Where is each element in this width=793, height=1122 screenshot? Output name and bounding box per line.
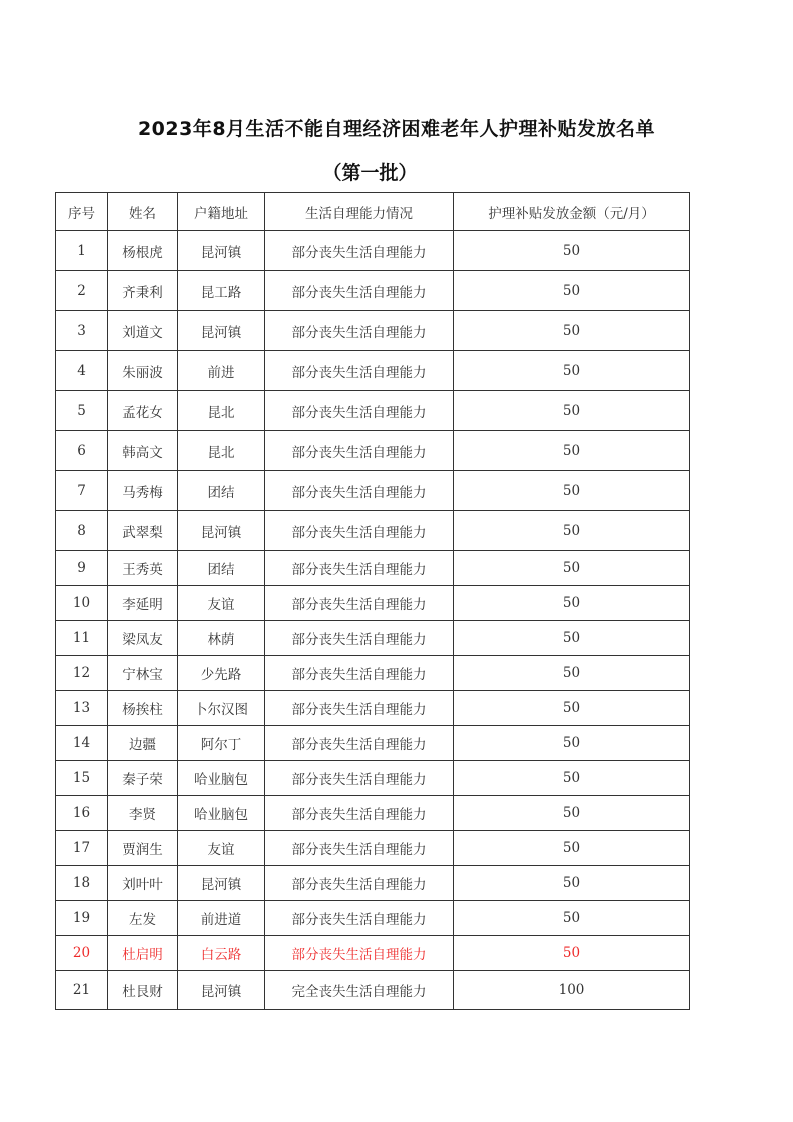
table-row: 7马秀梅团结部分丧失生活自理能力50 [56,471,690,511]
cell-address: 阿尔丁 [178,726,265,761]
cell-name: 王秀英 [108,551,178,586]
cell-ability: 部分丧失生活自理能力 [265,936,454,971]
cell-amount: 50 [454,691,690,726]
cell-ability: 部分丧失生活自理能力 [265,726,454,761]
cell-amount: 50 [454,621,690,656]
cell-name: 杜启明 [108,936,178,971]
cell-address: 昆北 [178,391,265,431]
document-subtitle: （第一批） [0,158,740,185]
cell-name: 边疆 [108,726,178,761]
cell-ability: 部分丧失生活自理能力 [265,351,454,391]
cell-amount: 50 [454,351,690,391]
cell-address: 昆河镇 [178,866,265,901]
cell-ability: 部分丧失生活自理能力 [265,311,454,351]
cell-amount: 50 [454,796,690,831]
cell-name: 秦子荣 [108,761,178,796]
cell-name: 韩高文 [108,431,178,471]
cell-ability: 部分丧失生活自理能力 [265,271,454,311]
table-row: 18刘叶叶昆河镇部分丧失生活自理能力50 [56,866,690,901]
cell-amount: 50 [454,471,690,511]
table-row: 3刘道文昆河镇部分丧失生活自理能力50 [56,311,690,351]
cell-amount: 50 [454,271,690,311]
cell-name: 杨挨柱 [108,691,178,726]
cell-address: 林荫 [178,621,265,656]
cell-address: 前进 [178,351,265,391]
cell-no: 10 [56,586,108,621]
cell-address: 哈业脑包 [178,796,265,831]
cell-ability: 部分丧失生活自理能力 [265,796,454,831]
cell-amount: 50 [454,936,690,971]
cell-name: 宁林宝 [108,656,178,691]
table-row: 4朱丽波前进部分丧失生活自理能力50 [56,351,690,391]
table-row: 16李贤哈业脑包部分丧失生活自理能力50 [56,796,690,831]
cell-amount: 50 [454,311,690,351]
cell-address: 前进道 [178,901,265,936]
cell-no: 12 [56,656,108,691]
cell-name: 刘道文 [108,311,178,351]
cell-address: 昆河镇 [178,231,265,271]
cell-ability: 部分丧失生活自理能力 [265,391,454,431]
cell-ability: 部分丧失生活自理能力 [265,511,454,551]
table-row: 10李延明友谊部分丧失生活自理能力50 [56,586,690,621]
subsidy-table: 序号 姓名 户籍地址 生活自理能力情况 护理补贴发放金额（元/月） 1杨根虎昆河… [55,192,690,1010]
cell-address: 昆河镇 [178,311,265,351]
table-row: 19左发前进道部分丧失生活自理能力50 [56,901,690,936]
cell-ability: 部分丧失生活自理能力 [265,901,454,936]
document-title: 2023年8月生活不能自理经济困难老年人护理补贴发放名单 [0,114,793,141]
table-row: 13杨挨柱卜尔汉图部分丧失生活自理能力50 [56,691,690,726]
table-row: 21杜艮财昆河镇完全丧失生活自理能力100 [56,971,690,1010]
cell-no: 14 [56,726,108,761]
cell-no: 17 [56,831,108,866]
cell-amount: 50 [454,586,690,621]
cell-address: 哈业脑包 [178,761,265,796]
cell-name: 杜艮财 [108,971,178,1010]
cell-ability: 部分丧失生活自理能力 [265,621,454,656]
cell-amount: 50 [454,761,690,796]
cell-amount: 50 [454,391,690,431]
cell-ability: 部分丧失生活自理能力 [265,431,454,471]
cell-amount: 50 [454,551,690,586]
cell-address: 昆北 [178,431,265,471]
cell-ability: 部分丧失生活自理能力 [265,471,454,511]
cell-no: 18 [56,866,108,901]
table-row: 11梁凤友林荫部分丧失生活自理能力50 [56,621,690,656]
cell-ability: 部分丧失生活自理能力 [265,831,454,866]
cell-address: 友谊 [178,831,265,866]
cell-address: 白云路 [178,936,265,971]
cell-address: 团结 [178,471,265,511]
cell-no: 15 [56,761,108,796]
cell-amount: 50 [454,866,690,901]
cell-no: 21 [56,971,108,1010]
cell-name: 武翠梨 [108,511,178,551]
cell-address: 少先路 [178,656,265,691]
table-row: 9王秀英团结部分丧失生活自理能力50 [56,551,690,586]
cell-name: 李延明 [108,586,178,621]
cell-no: 6 [56,431,108,471]
cell-name: 贾润生 [108,831,178,866]
cell-ability: 部分丧失生活自理能力 [265,231,454,271]
header-name: 姓名 [108,193,178,231]
cell-address: 昆河镇 [178,511,265,551]
cell-name: 朱丽波 [108,351,178,391]
cell-name: 杨根虎 [108,231,178,271]
header-no: 序号 [56,193,108,231]
table-row: 2齐秉利昆工路部分丧失生活自理能力50 [56,271,690,311]
table-row: 15秦子荣哈业脑包部分丧失生活自理能力50 [56,761,690,796]
cell-ability: 部分丧失生活自理能力 [265,551,454,586]
cell-amount: 50 [454,231,690,271]
table-row: 8武翠梨昆河镇部分丧失生活自理能力50 [56,511,690,551]
cell-amount: 50 [454,431,690,471]
table-row: 12宁林宝少先路部分丧失生活自理能力50 [56,656,690,691]
cell-name: 左发 [108,901,178,936]
cell-no: 1 [56,231,108,271]
cell-ability: 部分丧失生活自理能力 [265,656,454,691]
cell-no: 7 [56,471,108,511]
cell-address: 昆河镇 [178,971,265,1010]
cell-ability: 部分丧失生活自理能力 [265,866,454,901]
cell-no: 9 [56,551,108,586]
cell-address: 友谊 [178,586,265,621]
cell-name: 孟花女 [108,391,178,431]
table-row: 17贾润生友谊部分丧失生活自理能力50 [56,831,690,866]
cell-amount: 50 [454,831,690,866]
cell-no: 8 [56,511,108,551]
header-ability: 生活自理能力情况 [265,193,454,231]
cell-no: 20 [56,936,108,971]
cell-ability: 部分丧失生活自理能力 [265,761,454,796]
cell-name: 齐秉利 [108,271,178,311]
cell-no: 11 [56,621,108,656]
cell-amount: 50 [454,511,690,551]
cell-amount: 50 [454,726,690,761]
cell-name: 李贤 [108,796,178,831]
cell-name: 马秀梅 [108,471,178,511]
cell-amount: 100 [454,971,690,1010]
cell-address: 卜尔汉图 [178,691,265,726]
cell-no: 19 [56,901,108,936]
cell-ability: 部分丧失生活自理能力 [265,691,454,726]
table-row: 5孟花女昆北部分丧失生活自理能力50 [56,391,690,431]
cell-amount: 50 [454,656,690,691]
table-row: 6韩高文昆北部分丧失生活自理能力50 [56,431,690,471]
cell-amount: 50 [454,901,690,936]
table-header-row: 序号 姓名 户籍地址 生活自理能力情况 护理补贴发放金额（元/月） [56,193,690,231]
cell-name: 刘叶叶 [108,866,178,901]
table-row: 20杜启明白云路部分丧失生活自理能力50 [56,936,690,971]
cell-no: 5 [56,391,108,431]
cell-ability: 部分丧失生活自理能力 [265,586,454,621]
cell-address: 团结 [178,551,265,586]
cell-no: 4 [56,351,108,391]
cell-no: 2 [56,271,108,311]
cell-name: 梁凤友 [108,621,178,656]
cell-address: 昆工路 [178,271,265,311]
cell-no: 3 [56,311,108,351]
cell-ability: 完全丧失生活自理能力 [265,971,454,1010]
header-amount: 护理补贴发放金额（元/月） [454,193,690,231]
cell-no: 13 [56,691,108,726]
table-row: 14边疆阿尔丁部分丧失生活自理能力50 [56,726,690,761]
table-row: 1杨根虎昆河镇部分丧失生活自理能力50 [56,231,690,271]
header-address: 户籍地址 [178,193,265,231]
cell-no: 16 [56,796,108,831]
